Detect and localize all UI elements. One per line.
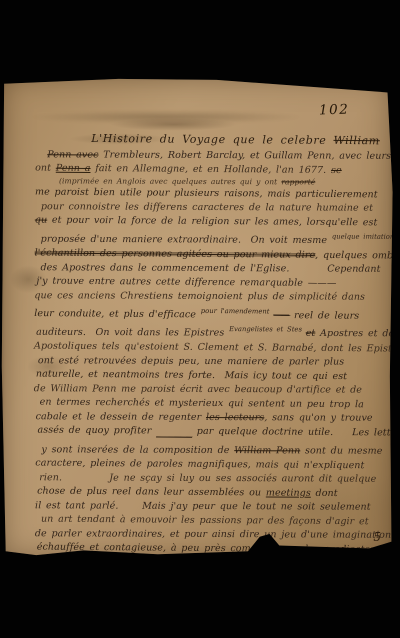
- text-segment: proposée d'une maniere extraordinaire. O…: [41, 234, 332, 246]
- text-segment: et: [306, 328, 316, 339]
- manuscript-line: que ces anciens Chrestiens temoignoient …: [34, 289, 390, 305]
- text-segment: Les lettres qui: [352, 427, 400, 439]
- manuscript-line: un art tendant à emouvoir les passions p…: [41, 512, 389, 529]
- text-segment: des Apostres dans le commencement de l'E…: [40, 262, 380, 274]
- text-segment: reel de leurs: [289, 310, 359, 322]
- text-segment: William Penn: [234, 445, 300, 456]
- text-segment: , quelques ombres des procedés: [315, 249, 400, 261]
- text-segment: Apostoliques tels qu'estoient S. Clement…: [34, 340, 400, 354]
- text-segment: fait en Allemagne, et en Hollande, l'an …: [90, 163, 331, 176]
- text-segment: que ces anciens Chrestiens temoignoient …: [34, 290, 365, 302]
- text-segment: et pour voir la force de la religion sur…: [47, 215, 377, 229]
- text-segment: assés de quoy profiter: [37, 424, 156, 436]
- text-segment: dont: [311, 487, 338, 498]
- text-segment: les lecteurs: [206, 411, 264, 422]
- text-segment: un art tendant à emouvoir les passions p…: [41, 513, 369, 527]
- text-segment: il est tant parlé. Mais j'ay peur que le…: [35, 500, 371, 512]
- manuscript-line: L'Histoire du Voyage que le celebre Will…: [91, 130, 391, 150]
- text-segment: meetings: [266, 487, 311, 498]
- text-segment: naturelle, et neantmoins tres forte. Mai…: [36, 368, 347, 382]
- text-segment: Apostres et des hommes: [315, 328, 400, 340]
- manuscript-line: il est tant parlé. Mais j'ay peur que le…: [35, 499, 389, 515]
- text-segment: Penn a: [56, 163, 91, 174]
- text-segment: William: [333, 134, 379, 147]
- text-segment: L'Histoire du Voyage que le celebre: [91, 132, 333, 147]
- manuscript-line: ont esté retrouvées depuis peu, une mani…: [38, 354, 390, 370]
- text-segment: de William Penn me paroist écrit avec be…: [34, 383, 362, 395]
- manuscript-line: y sont inserées de la composition de Wil…: [41, 443, 389, 459]
- text-segment: de parler extraordinaires, et pour ainsi…: [35, 528, 391, 541]
- text-segment: ——————: [156, 432, 192, 440]
- manuscript-line: de William Penn me paroist écrit avec be…: [34, 382, 390, 398]
- text-segment: ont: [35, 163, 56, 174]
- manuscript-line: leur conduite, et plus d'efficace pour l…: [34, 302, 390, 323]
- text-segment: ———: [308, 277, 337, 288]
- folio-number: 102: [318, 101, 349, 118]
- text-segment: , sans qu'on y trouve: [264, 412, 372, 423]
- text-segment: Evangelistes et Stes: [229, 325, 306, 333]
- text-segment: par quelque doctrine utile.: [192, 425, 352, 437]
- text-segment: échauffée et contagieuse, à peu près com…: [37, 541, 400, 555]
- manuscript-text: L'Histoire du Voyage que le celebre Will…: [33, 130, 392, 576]
- text-segment: ——: [273, 310, 289, 321]
- manuscript-line: savent faire pleurer ————— leurs auditoi…: [35, 555, 389, 576]
- text-segment: leur conduite, et plus d'efficace: [34, 308, 201, 320]
- text-segment: quelque imitation: [332, 233, 398, 241]
- manuscript-line: Apostoliques tels qu'estoient S. Clement…: [34, 339, 390, 356]
- manuscript-line: échauffée et contagieuse, à peu près com…: [37, 540, 389, 557]
- manuscript-line: auditeurs. On voit dans les Epistres Eva…: [36, 321, 390, 341]
- manuscript-line: naturelle, et neantmoins tres forte. Mai…: [36, 367, 390, 384]
- text-segment: leurs auditoires, ou comme il y a certai…: [170, 556, 400, 568]
- text-segment: Penn avec: [47, 149, 98, 160]
- text-segment: y sont inserées de la composition de: [41, 444, 234, 456]
- text-segment: pour connoistre les differens caracteres…: [41, 201, 373, 213]
- manuscript-line: chose de plus reel dans leur assemblées …: [37, 484, 389, 501]
- manuscript-line: rien. Je ne sçay si luy ou ses associés …: [39, 471, 389, 487]
- text-segment: (imprimée en Anglois avec quelques autre…: [59, 176, 281, 186]
- manuscript-line: des Apostres dans le commencement de l'E…: [40, 261, 390, 277]
- manuscript-line: l'échantillon des personnes agitées ou p…: [35, 246, 391, 263]
- manuscript-scan: 102 L'Histoire du Voyage que le celebre …: [0, 0, 400, 638]
- text-segment: sont du mesme: [300, 445, 382, 456]
- text-segment: ont esté retrouvées depuis peu, une mani…: [38, 355, 344, 367]
- manuscript-line: j'y trouve entre autres cette difference…: [36, 274, 390, 291]
- manuscript-line: cabale et le dessein de regenter les lec…: [36, 410, 390, 426]
- manuscript-page: 102 L'Histoire du Voyage que le celebre …: [1, 76, 393, 560]
- text-segment: qu: [35, 215, 47, 226]
- text-segment: j'y trouve entre autres cette difference…: [36, 275, 307, 288]
- text-segment: rien. Je ne sçay si luy ou ses associés …: [39, 472, 376, 484]
- page-number-bottom: 5: [373, 530, 381, 544]
- text-segment: cabale et le dessein de regenter: [36, 411, 206, 423]
- ink-smudge: [31, 110, 301, 124]
- text-segment: l'échantillon des personnes agitées ou p…: [35, 247, 316, 260]
- manuscript-line: caractere, pleines de paroles magnifique…: [35, 456, 389, 473]
- manuscript-line: en termes recherchés et mysterieux qui s…: [40, 395, 390, 412]
- text-segment: me paroist bien utile pour plusieurs rai…: [35, 187, 378, 201]
- manuscript-line: proposée d'une maniere extraordinaire. O…: [41, 228, 391, 248]
- text-segment: en termes recherchés et mysterieux qui s…: [40, 396, 364, 410]
- text-segment: caractere, pleines de paroles magnifique…: [35, 457, 364, 471]
- text-segment: chose de plus reel dans leur assemblées …: [37, 485, 266, 498]
- manuscript-line: assés de quoy profiter —————— par quelqu…: [37, 423, 389, 445]
- text-segment: Trembleurs, Robert Barclay, et Guillam P…: [99, 150, 400, 163]
- text-segment: auditeurs. On voit dans les Epistres: [36, 327, 229, 339]
- text-segment: —————: [140, 563, 170, 571]
- text-segment: pour l'amendement: [201, 306, 274, 315]
- text-segment: savent faire pleurer: [35, 556, 140, 567]
- text-segment: rapporté: [281, 177, 315, 186]
- text-segment: se: [331, 165, 342, 176]
- manuscript-line: de parler extraordinaires, et pour ainsi…: [35, 527, 389, 543]
